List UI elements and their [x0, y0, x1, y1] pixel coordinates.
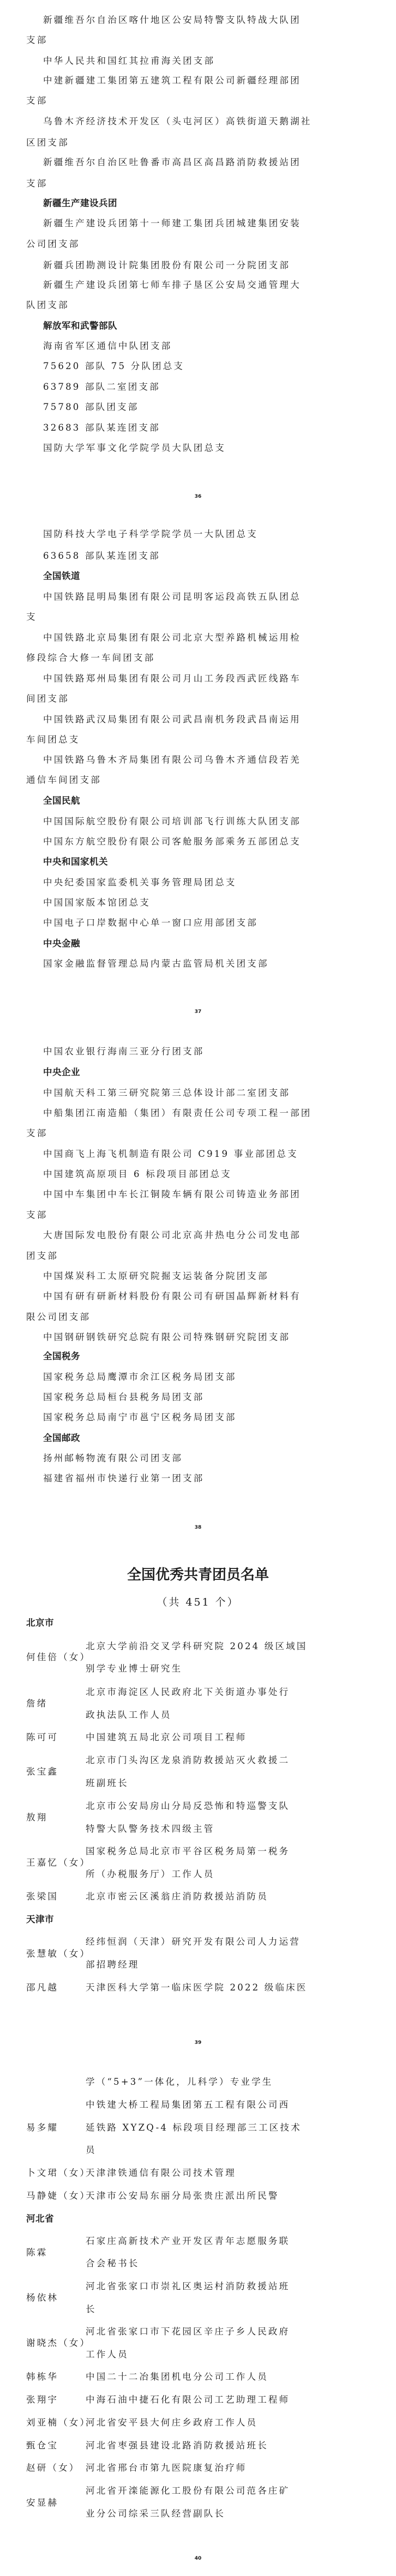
region-heading: 天津市: [26, 1914, 54, 1925]
org-line: 车间团总支: [26, 734, 80, 745]
org-line: 海南省军区通信中队团支部: [43, 341, 172, 352]
page-number: 39: [0, 2040, 396, 2046]
member-desc: 学（“5+3”一体化，儿科学）专业学生: [86, 2077, 273, 2088]
member-name: 何佳倍（女）: [26, 1652, 91, 1663]
member-name: 甄仓宝: [26, 2440, 58, 2451]
org-line: 中国国际航空股份有限公司培训部飞行训练大队团支部: [43, 816, 301, 827]
member-desc: 工作人员: [86, 2349, 129, 2360]
org-line: 国防大学军事文化学院学员大队团总支: [43, 443, 226, 454]
member-desc: 北京市公安局房山分局反恐怖和特巡警支队: [86, 1801, 290, 1812]
org-line: 63789 部队二室团支部: [43, 382, 160, 393]
member-name: 赵研（女）: [26, 2463, 80, 2474]
org-line: 75780 部队团支部: [43, 402, 139, 413]
page-number: 36: [0, 494, 396, 499]
member-desc: 河北省枣强县建设北路消防救援站班长: [86, 2440, 268, 2451]
member-desc: 业分公司综采三队经营副队长: [86, 2508, 225, 2519]
org-line: 中国铁路北京局集团有限公司北京大型养路机械运用检: [43, 632, 301, 643]
member-name: 杨依林: [26, 2293, 58, 2303]
member-desc: 政执法队工作人员: [86, 1710, 172, 1721]
org-line: 中国铁路乌鲁木齐局集团有限公司乌鲁木齐通信段若羌: [43, 755, 301, 765]
region-heading: 北京市: [26, 1618, 54, 1628]
member-desc: 部招聘经理: [86, 1959, 140, 1970]
org-line: 新疆生产建设兵团第七师车排子垦区公安局交通管理大: [43, 280, 301, 291]
section-heading: 新疆生产建设兵团: [43, 198, 117, 209]
org-line: 支部: [26, 1210, 47, 1221]
list-title: 全国优秀共青团员名单: [0, 1564, 396, 1584]
org-line: 福建省福州市快递行业第一团支部: [43, 1473, 205, 1484]
member-name: 邵凡越: [26, 1982, 58, 1993]
org-line: 扬州邮畅物流有限公司团支部: [43, 1453, 183, 1464]
org-line: 国家税务总局南宁市邕宁区税务局团支部: [43, 1412, 237, 1423]
section-heading: 解放军和武警部队: [43, 321, 117, 331]
member-desc: 中铁建大桥工程局集团第五工程有限公司西: [86, 2100, 290, 2110]
member-desc: 河北省开滦能源化工股份有限公司范各庄矿: [86, 2485, 290, 2496]
member-desc: 北京市门头沟区龙泉消防救援站灭火救援二: [86, 1755, 290, 1766]
member-desc: 长: [86, 2304, 97, 2315]
member-desc: 国家税务总局北京市平谷区税务局第一税务: [86, 1846, 290, 1857]
member-desc: 石家庄高新技术产业开发区青年志愿服务联: [86, 2236, 290, 2247]
org-line: 63658 部队某连团支部: [43, 551, 160, 562]
page-number: 40: [0, 2556, 396, 2561]
org-line: 支部: [26, 1128, 47, 1139]
org-line: 队团支部: [26, 300, 69, 311]
member-desc: 河北省张家口市崇礼区奥运村消防救援站班: [86, 2281, 290, 2292]
org-line: 中国商飞上海飞机制造有限公司 C919 事业部团总支: [43, 1149, 298, 1160]
member-name: 陈可可: [26, 1732, 58, 1743]
org-line: 团支部: [26, 1251, 58, 1262]
org-line: 中国钢研钢铁研究总院有限公司特殊钢研究院团支部: [43, 1332, 290, 1343]
org-line: 间团支部: [26, 693, 69, 704]
member-name: 王嘉忆（女）: [26, 1857, 91, 1868]
list-subtitle: （共 451 个）: [0, 1594, 396, 1609]
org-line: 国家金融监督管理总局内蒙古监管局机关团支部: [43, 958, 269, 969]
section-heading: 全国邮政: [43, 1433, 80, 1444]
org-line: 中国电子口岸数据中心单一窗口应用部团支部: [43, 918, 258, 928]
region-heading: 河北省: [26, 2213, 54, 2224]
org-line: 支: [26, 612, 37, 623]
section-heading: 中央企业: [43, 1067, 80, 1078]
org-line: 新疆兵团勘测设计院集团股份有限公司一分院团支部: [43, 260, 290, 271]
member-name: 卜文珺（女）: [26, 2168, 91, 2179]
member-desc: 合会秘书长: [86, 2258, 140, 2269]
org-line: 国家税务总局桓台县税务局团支部: [43, 1392, 205, 1403]
org-line: 支部: [26, 95, 47, 106]
member-desc: 河北省张家口市下花园区辛庄子乡人民政府: [86, 2326, 290, 2337]
org-line: 中国航天科工第三研究院第三总体设计部二室团支部: [43, 1088, 290, 1099]
org-line: 中国铁路昆明局集团有限公司昆明客运段高铁五队团总: [43, 592, 301, 602]
section-heading: 全国铁道: [43, 571, 80, 582]
member-desc: 班副班长: [86, 1778, 129, 1789]
org-line: 中国国家版本馆团总支: [43, 897, 151, 908]
org-line: 中央纪委国家监委机关事务管理局团总支: [43, 877, 237, 888]
org-line: 中国铁路武汉局集团有限公司武昌南机务段武昌南运用: [43, 714, 301, 725]
member-name: 韩栋华: [26, 2372, 58, 2382]
org-line: 32683 部队某连团支部: [43, 423, 160, 433]
org-line: 新疆生产建设兵团第十一师建工集团兵团城建集团安装: [43, 218, 301, 229]
member-desc: 中国建筑五局北京公司项目工程师: [86, 1732, 247, 1743]
member-name: 张慧敏（女）: [26, 1948, 91, 1959]
org-line: 区团支部: [26, 137, 69, 148]
org-line: 大唐国际发电股份有限公司北京高井热电分公司发电部: [43, 1230, 301, 1241]
org-line: 修段综合大修一车间团支部: [26, 653, 155, 663]
org-line: 通信车间团支部: [26, 775, 101, 786]
page-number: 37: [0, 1009, 396, 1015]
member-desc: 延铁路 XYZQ-4 标段项目经理部三工区技术: [86, 2122, 302, 2133]
org-line: 支部: [26, 178, 47, 189]
member-name: 马静婕（女）: [26, 2191, 91, 2201]
org-line: 中国建筑高原项目 6 标段项目部团总支: [43, 1169, 232, 1180]
member-name: 易多耀: [26, 2122, 58, 2133]
section-heading: 中央和国家机关: [43, 856, 108, 867]
member-desc: 别学专业博士研究生: [86, 1663, 182, 1674]
member-name: 张宝鑫: [26, 1766, 58, 1777]
section-heading: 全国民航: [43, 795, 80, 806]
org-line: 国家税务总局鹰潭市余江区税务局团支部: [43, 1372, 237, 1383]
member-desc: 天津津铁通信有限公司技术管理: [86, 2168, 236, 2179]
org-line: 公司团支部: [26, 239, 80, 250]
org-line: 中国东方航空股份有限公司客舱服务部乘务五部团总支: [43, 836, 301, 847]
org-line: 限公司团支部: [26, 1312, 91, 1323]
member-name: 谢晓杰（女）: [26, 2338, 91, 2349]
member-name: 詹绪: [26, 1698, 47, 1709]
section-heading: 中央金融: [43, 938, 80, 949]
member-desc: 员: [86, 2145, 97, 2156]
member-name: 刘亚楠（女）: [26, 2417, 91, 2428]
member-name: 张梁国: [26, 1891, 58, 1902]
member-desc: 天津市公安局东丽分局张贵庄派出所民警: [86, 2191, 279, 2201]
org-line: 中华人民共和国红其拉甫海关团支部: [43, 56, 215, 67]
member-desc: 河北省安平县大何庄乡政府工作人员: [86, 2417, 257, 2428]
member-desc: 北京市海淀区人民政府北下关街道办事处行: [86, 1687, 290, 1698]
member-desc: 北京市密云区溪翁庄消防救援站消防员: [86, 1891, 268, 1902]
member-desc: 经纬恒润（天津）研究开发有限公司人力运营: [86, 1936, 301, 1947]
member-desc: 北京大学前沿交叉学科研究院 2024 级区域国: [86, 1641, 308, 1652]
org-line: 中国有研有研新材料股份有限公司有研国晶辉新材料有: [43, 1291, 301, 1302]
org-line: 国防科技大学电子科学学院学员一大队团总支: [43, 529, 258, 540]
member-name: 敖翔: [26, 1812, 47, 1823]
org-line: 新疆维吾尔自治区喀什地区公安局特警支队特战大队团: [43, 15, 301, 26]
org-line: 中国铁路郑州局集团有限公司月山工务段西武匠线路车: [43, 673, 301, 684]
org-line: 中船集团江南造船（集团）有限责任公司专项工程一部团: [43, 1108, 312, 1119]
member-name: 张翔宇: [26, 2394, 58, 2405]
member-desc: 天津医科大学第一临床医学院 2022 级临床医: [86, 1982, 308, 1993]
member-desc: 所（办税服务厅）工作人员: [86, 1869, 214, 1880]
org-line: 乌鲁木齐经济技术开发区（头屯河区）高铁街道天鹅湖社: [43, 116, 312, 127]
org-line: 中国中车集团中车长江铜陵车辆有限公司铸造业务部团: [43, 1189, 301, 1200]
member-desc: 中国二十二冶集团机电分公司工作人员: [86, 2372, 268, 2382]
member-name: 安显赫: [26, 2497, 58, 2508]
org-line: 支部: [26, 35, 47, 46]
member-desc: 河北省邢台市第九医院康复治疗师: [86, 2463, 247, 2474]
page-number: 38: [0, 1525, 396, 1530]
member-desc: 特警大队警务技术四级主管: [86, 1824, 214, 1835]
member-name: 陈霖: [26, 2247, 47, 2258]
org-line: 中建新疆建工集团第五建筑工程有限公司新疆经理部团: [43, 75, 301, 86]
org-line: 中国农业银行海南三亚分行团支部: [43, 1046, 205, 1057]
org-line: 新疆维吾尔自治区吐鲁番市高昌区高昌路消防救援站团: [43, 157, 301, 168]
org-line: 中国煤炭科工太原研究院掘支运装备分院团支部: [43, 1271, 269, 1282]
org-line: 75620 部队 75 分队团总支: [43, 361, 184, 372]
member-desc: 中海石油中捷石化有限公司工艺助理工程师: [86, 2394, 290, 2405]
section-heading: 全国税务: [43, 1351, 80, 1362]
